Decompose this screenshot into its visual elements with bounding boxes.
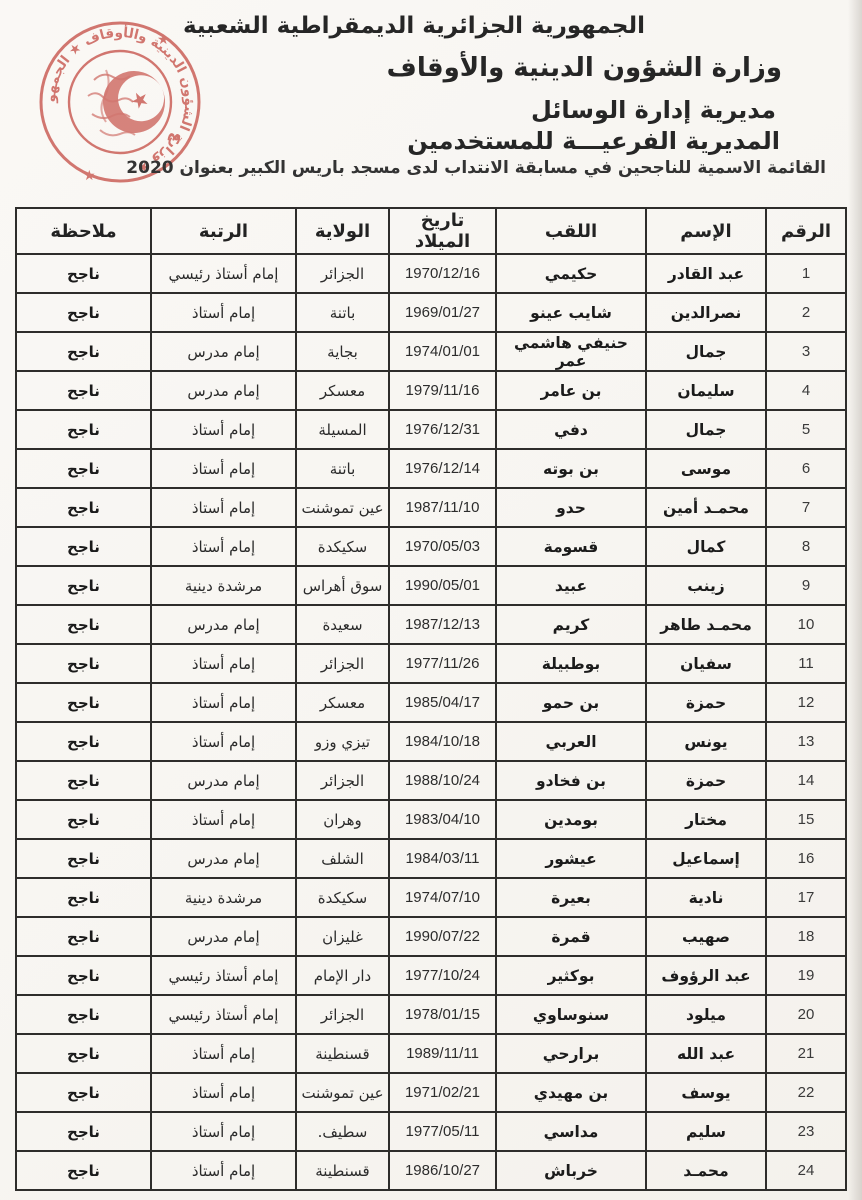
cell-note: ناجح — [16, 1073, 151, 1112]
cell-rank: إمام أستاذ — [151, 527, 296, 566]
cell-note: ناجح — [16, 1034, 151, 1073]
cell-number: 8 — [766, 527, 846, 566]
cell-note: ناجح — [16, 1151, 151, 1190]
cell-last-name: قسومة — [496, 527, 646, 566]
cell-birthdate: 1977/05/11 — [389, 1112, 496, 1151]
cell-first-name: نادية — [646, 878, 766, 917]
table-row: 8كمالقسومة1970/05/03سكيكدةإمام أستاذناجح — [16, 527, 846, 566]
cell-rank: إمام أستاذ — [151, 1073, 296, 1112]
cell-first-name: عبد القادر — [646, 254, 766, 293]
cell-number: 17 — [766, 878, 846, 917]
cell-first-name: يونس — [646, 722, 766, 761]
cell-note: ناجح — [16, 449, 151, 488]
cell-last-name: بعيرة — [496, 878, 646, 917]
cell-birthdate: 1987/12/13 — [389, 605, 496, 644]
cell-wilaya: معسكر — [296, 371, 389, 410]
cell-first-name: جمال — [646, 332, 766, 371]
cell-wilaya: الجزائر — [296, 761, 389, 800]
cell-rank: مرشدة دينية — [151, 878, 296, 917]
cell-last-name: بن عامر — [496, 371, 646, 410]
table-row: 4سليمانبن عامر1979/11/16معسكرإمام مدرسنا… — [16, 371, 846, 410]
cell-last-name: حكيمي — [496, 254, 646, 293]
cell-first-name: كمال — [646, 527, 766, 566]
cell-first-name: نصرالدين — [646, 293, 766, 332]
cell-number: 7 — [766, 488, 846, 527]
results-table: الرقمالإسماللقبتاريخ الميلادالولايةالرتب… — [15, 207, 847, 1191]
cell-first-name: جمال — [646, 410, 766, 449]
cell-note: ناجح — [16, 878, 151, 917]
table-row: 14حمزةبن فخادو1988/10/24الجزائرإمام مدرس… — [16, 761, 846, 800]
cell-number: 21 — [766, 1034, 846, 1073]
cell-number: 3 — [766, 332, 846, 371]
table-row: 23سليممداسي1977/05/11سطيف.إمام أستاذناجح — [16, 1112, 846, 1151]
cell-wilaya: سعيدة — [296, 605, 389, 644]
table-row: 5جمالدفي1976/12/31المسيلةإمام أستاذناجح — [16, 410, 846, 449]
column-header-note: ملاحظة — [16, 208, 151, 254]
cell-note: ناجح — [16, 527, 151, 566]
cell-number: 4 — [766, 371, 846, 410]
cell-wilaya: الشلف — [296, 839, 389, 878]
cell-wilaya: عين تموشنت — [296, 1073, 389, 1112]
cell-note: ناجح — [16, 410, 151, 449]
cell-last-name: كريم — [496, 605, 646, 644]
cell-rank: إمام أستاذ — [151, 293, 296, 332]
cell-last-name: بن فخادو — [496, 761, 646, 800]
cell-note: ناجح — [16, 371, 151, 410]
cell-rank: إمام أستاذ — [151, 488, 296, 527]
cell-first-name: عبد الله — [646, 1034, 766, 1073]
table-header: الرقمالإسماللقبتاريخ الميلادالولايةالرتب… — [16, 208, 846, 254]
cell-birthdate: 1974/07/10 — [389, 878, 496, 917]
table-row: 18صهيبقمرة1990/07/22غليزانإمام مدرسناجح — [16, 917, 846, 956]
cell-last-name: بن حمو — [496, 683, 646, 722]
cell-wilaya: سكيكدة — [296, 527, 389, 566]
table-row: 12حمزةبن حمو1985/04/17معسكرإمام أستاذناج… — [16, 683, 846, 722]
cell-wilaya: تيزي وزو — [296, 722, 389, 761]
cell-birthdate: 1976/12/31 — [389, 410, 496, 449]
cell-wilaya: دار الإمام — [296, 956, 389, 995]
cell-birthdate: 1979/11/16 — [389, 371, 496, 410]
cell-number: 12 — [766, 683, 846, 722]
cell-note: ناجح — [16, 644, 151, 683]
cell-note: ناجح — [16, 566, 151, 605]
cell-last-name: بن بوته — [496, 449, 646, 488]
cell-note: ناجح — [16, 605, 151, 644]
table-row: 17ناديةبعيرة1974/07/10سكيكدةمرشدة دينيةن… — [16, 878, 846, 917]
cell-rank: إمام أستاذ — [151, 644, 296, 683]
cell-first-name: محمـد أمين — [646, 488, 766, 527]
cell-last-name: مداسي — [496, 1112, 646, 1151]
cell-birthdate: 1970/12/16 — [389, 254, 496, 293]
cell-birthdate: 1970/05/03 — [389, 527, 496, 566]
cell-note: ناجح — [16, 332, 151, 371]
cell-first-name: صهيب — [646, 917, 766, 956]
cell-first-name: سفيان — [646, 644, 766, 683]
column-header-wilaya: الولاية — [296, 208, 389, 254]
cell-wilaya: وهران — [296, 800, 389, 839]
cell-wilaya: معسكر — [296, 683, 389, 722]
cell-birthdate: 1983/04/10 — [389, 800, 496, 839]
cell-wilaya: الجزائر — [296, 995, 389, 1034]
cell-note: ناجح — [16, 956, 151, 995]
cell-note: ناجح — [16, 488, 151, 527]
cell-note: ناجح — [16, 1112, 151, 1151]
cell-rank: مرشدة دينية — [151, 566, 296, 605]
directorate-name: مديرية إدارة الوسائل — [531, 96, 776, 124]
cell-last-name: خرباش — [496, 1151, 646, 1190]
cell-last-name: سنوساوي — [496, 995, 646, 1034]
cell-rank: إمام أستاذ — [151, 1112, 296, 1151]
cell-last-name: العربي — [496, 722, 646, 761]
cell-last-name: حدو — [496, 488, 646, 527]
cell-note: ناجح — [16, 839, 151, 878]
cell-first-name: إسماعيل — [646, 839, 766, 878]
scanned-document-page: وزارة الشؤون الدينية والأوقاف ★ الجمهوري… — [0, 0, 862, 1200]
cell-birthdate: 1984/10/18 — [389, 722, 496, 761]
cell-note: ناجح — [16, 800, 151, 839]
column-header-birthdate: تاريخ الميلاد — [389, 208, 496, 254]
cell-number: 11 — [766, 644, 846, 683]
table-row: 1عبد القادرحكيمي1970/12/16الجزائرإمام أس… — [16, 254, 846, 293]
cell-first-name: حمزة — [646, 761, 766, 800]
table-row: 21عبد اللهبرارحي1989/11/11قسنطينةإمام أس… — [16, 1034, 846, 1073]
table-row: 10محمـد طاهركريم1987/12/13سعيدةإمام مدرس… — [16, 605, 846, 644]
cell-birthdate: 1987/11/10 — [389, 488, 496, 527]
cell-note: ناجح — [16, 917, 151, 956]
table-row: 24محمـدخرباش1986/10/27قسنطينةإمام أستاذن… — [16, 1151, 846, 1190]
cell-rank: إمام أستاذ — [151, 722, 296, 761]
cell-wilaya: الجزائر — [296, 254, 389, 293]
cell-number: 16 — [766, 839, 846, 878]
stamp-star-top-icon: ★ — [157, 32, 170, 48]
cell-rank: إمام مدرس — [151, 839, 296, 878]
cell-birthdate: 1985/04/17 — [389, 683, 496, 722]
cell-wilaya: الجزائر — [296, 644, 389, 683]
cell-first-name: عبد الرؤوف — [646, 956, 766, 995]
cell-number: 9 — [766, 566, 846, 605]
column-header-number: الرقم — [766, 208, 846, 254]
cell-number: 5 — [766, 410, 846, 449]
cell-first-name: مختار — [646, 800, 766, 839]
cell-wilaya: غليزان — [296, 917, 389, 956]
cell-number: 13 — [766, 722, 846, 761]
cell-first-name: ميلود — [646, 995, 766, 1034]
cell-birthdate: 1986/10/27 — [389, 1151, 496, 1190]
cell-birthdate: 1977/10/24 — [389, 956, 496, 995]
cell-number: 14 — [766, 761, 846, 800]
table-row: 9زينبعبيد1990/05/01سوق أهراسمرشدة دينيةن… — [16, 566, 846, 605]
cell-note: ناجح — [16, 683, 151, 722]
cell-first-name: سليمان — [646, 371, 766, 410]
table-row: 11سفيانبوطبيلة1977/11/26الجزائرإمام أستا… — [16, 644, 846, 683]
cell-last-name: عبيد — [496, 566, 646, 605]
column-header-last-name: اللقب — [496, 208, 646, 254]
cell-last-name: قمرة — [496, 917, 646, 956]
cell-rank: إمام أستاذ — [151, 1151, 296, 1190]
cell-rank: إمام أستاذ — [151, 800, 296, 839]
document-title: القائمة الاسمية للناجحين في مسابقة الانت… — [126, 158, 826, 178]
republic-title: الجمهورية الجزائرية الديمقراطية الشعبية — [183, 13, 645, 39]
cell-birthdate: 1984/03/11 — [389, 839, 496, 878]
cell-first-name: زينب — [646, 566, 766, 605]
cell-wilaya: سطيف. — [296, 1112, 389, 1151]
cell-rank: إمام أستاذ — [151, 449, 296, 488]
cell-number: 22 — [766, 1073, 846, 1112]
cell-first-name: يوسف — [646, 1073, 766, 1112]
table-row: 22يوسفبن مهيدي1971/02/21عين تموشنتإمام أ… — [16, 1073, 846, 1112]
column-header-first-name: الإسم — [646, 208, 766, 254]
cell-rank: إمام أستاذ — [151, 1034, 296, 1073]
cell-birthdate: 1969/01/27 — [389, 293, 496, 332]
cell-wilaya: باتنة — [296, 293, 389, 332]
subdirectorate-name: المديرية الفرعيـــة للمستخدمين — [407, 127, 780, 155]
cell-wilaya: باتنة — [296, 449, 389, 488]
cell-wilaya: سوق أهراس — [296, 566, 389, 605]
cell-rank: إمام مدرس — [151, 917, 296, 956]
cell-last-name: بوكثير — [496, 956, 646, 995]
table-row: 13يونسالعربي1984/10/18تيزي وزوإمام أستاذ… — [16, 722, 846, 761]
cell-wilaya: بجاية — [296, 332, 389, 371]
cell-last-name: بوطبيلة — [496, 644, 646, 683]
header-row: الرقمالإسماللقبتاريخ الميلادالولايةالرتب… — [16, 208, 846, 254]
cell-wilaya: قسنطينة — [296, 1151, 389, 1190]
cell-birthdate: 1978/01/15 — [389, 995, 496, 1034]
table-row: 6موسىبن بوته1976/12/14باتنةإمام أستاذناج… — [16, 449, 846, 488]
ministry-name: وزارة الشؤون الدينية والأوقاف — [387, 53, 782, 83]
cell-rank: إمام أستاذ رئيسي — [151, 995, 296, 1034]
cell-wilaya: سكيكدة — [296, 878, 389, 917]
cell-note: ناجح — [16, 722, 151, 761]
cell-birthdate: 1974/01/01 — [389, 332, 496, 371]
cell-rank: إمام مدرس — [151, 332, 296, 371]
cell-number: 2 — [766, 293, 846, 332]
cell-first-name: حمزة — [646, 683, 766, 722]
cell-first-name: محمـد — [646, 1151, 766, 1190]
cell-first-name: موسى — [646, 449, 766, 488]
cell-last-name: دفي — [496, 410, 646, 449]
table-row: 16إسماعيلعيشور1984/03/11الشلفإمام مدرسنا… — [16, 839, 846, 878]
cell-first-name: محمـد طاهر — [646, 605, 766, 644]
cell-rank: إمام أستاذ — [151, 683, 296, 722]
table-row: 19عبد الرؤوفبوكثير1977/10/24دار الإمامإم… — [16, 956, 846, 995]
cell-birthdate: 1971/02/21 — [389, 1073, 496, 1112]
table-row: 15مختاربومدين1983/04/10وهرانإمام أستاذنا… — [16, 800, 846, 839]
cell-last-name: عيشور — [496, 839, 646, 878]
cell-number: 10 — [766, 605, 846, 644]
cell-wilaya: المسيلة — [296, 410, 389, 449]
cell-last-name: شايب عينو — [496, 293, 646, 332]
cell-rank: إمام أستاذ رئيسي — [151, 956, 296, 995]
scan-edge-shadow — [848, 0, 862, 1200]
cell-birthdate: 1988/10/24 — [389, 761, 496, 800]
cell-rank: إمام مدرس — [151, 371, 296, 410]
cell-last-name: حنيفي هاشمي عمر — [496, 332, 646, 371]
cell-note: ناجح — [16, 761, 151, 800]
cell-last-name: بن مهيدي — [496, 1073, 646, 1112]
cell-birthdate: 1989/11/11 — [389, 1034, 496, 1073]
cell-birthdate: 1990/05/01 — [389, 566, 496, 605]
cell-rank: إمام أستاذ رئيسي — [151, 254, 296, 293]
cell-last-name: بومدين — [496, 800, 646, 839]
cell-first-name: سليم — [646, 1112, 766, 1151]
cell-birthdate: 1977/11/26 — [389, 644, 496, 683]
cell-number: 1 — [766, 254, 846, 293]
cell-number: 23 — [766, 1112, 846, 1151]
cell-birthdate: 1990/07/22 — [389, 917, 496, 956]
table-row: 3جمالحنيفي هاشمي عمر1974/01/01بجايةإمام … — [16, 332, 846, 371]
stamp-star-bottom-icon: ★ — [83, 168, 96, 184]
cell-rank: إمام مدرس — [151, 761, 296, 800]
table-row: 2نصرالدينشايب عينو1969/01/27باتنةإمام أس… — [16, 293, 846, 332]
column-header-rank: الرتبة — [151, 208, 296, 254]
table-row: 20ميلودسنوساوي1978/01/15الجزائرإمام أستا… — [16, 995, 846, 1034]
cell-number: 6 — [766, 449, 846, 488]
cell-note: ناجح — [16, 293, 151, 332]
cell-number: 15 — [766, 800, 846, 839]
table-body: 1عبد القادرحكيمي1970/12/16الجزائرإمام أس… — [16, 254, 846, 1190]
cell-rank: إمام مدرس — [151, 605, 296, 644]
cell-number: 19 — [766, 956, 846, 995]
cell-number: 20 — [766, 995, 846, 1034]
cell-last-name: برارحي — [496, 1034, 646, 1073]
table-row: 7محمـد أمينحدو1987/11/10عين تموشنتإمام أ… — [16, 488, 846, 527]
cell-rank: إمام أستاذ — [151, 410, 296, 449]
cell-number: 18 — [766, 917, 846, 956]
cell-note: ناجح — [16, 995, 151, 1034]
cell-note: ناجح — [16, 254, 151, 293]
cell-wilaya: قسنطينة — [296, 1034, 389, 1073]
stamp-star-icon: ★ — [126, 85, 154, 115]
cell-number: 24 — [766, 1151, 846, 1190]
cell-birthdate: 1976/12/14 — [389, 449, 496, 488]
cell-wilaya: عين تموشنت — [296, 488, 389, 527]
